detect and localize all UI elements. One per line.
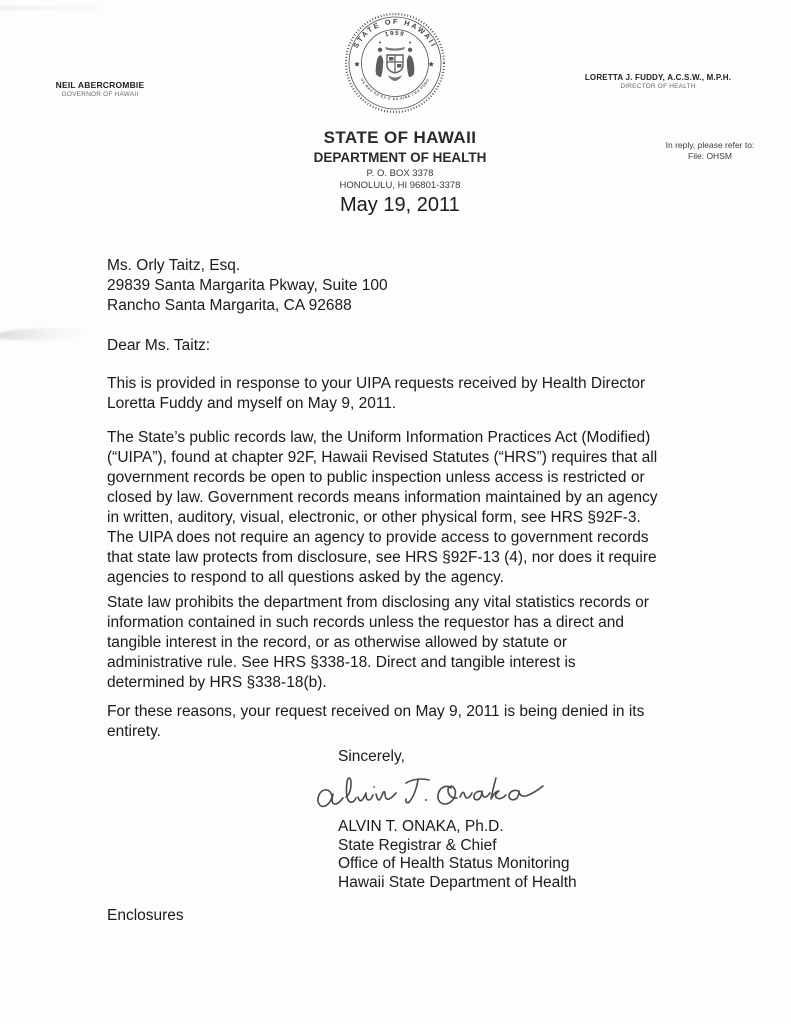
- org-dept: DEPARTMENT OF HEALTH: [290, 150, 510, 165]
- paragraph-3: State law prohibits the department from …: [107, 593, 707, 693]
- seal-year: 1959: [384, 30, 406, 39]
- svg-text:UA MAU KE EA O KA AINA I KA PO: UA MAU KE EA O KA AINA I KA PONO: [360, 78, 431, 101]
- paragraph-4: For these reasons, your request received…: [107, 702, 707, 742]
- seal-motto: UA MAU KE EA O KA AINA I KA PONO: [360, 78, 431, 101]
- org-address: P. O. BOX 3378 HONOLULU, HI 96801-3378: [290, 168, 510, 192]
- svg-text:STATE OF HAWAII: STATE OF HAWAII: [351, 17, 439, 50]
- letterhead-governor-block: NEIL ABERCROMBIE GOVERNOR OF HAWAII: [35, 80, 165, 98]
- letterhead-director-block: LORETTA J. FUDDY, A.C.S.W., M.P.H. DIREC…: [583, 73, 733, 90]
- scan-crease-top: [0, 6, 120, 10]
- director-title: DIRECTOR OF HEALTH: [583, 83, 733, 90]
- seal-star-left-icon: [354, 61, 359, 66]
- signer-block: ALVIN T. ONAKA, Ph.D. State Registrar & …: [338, 818, 577, 892]
- letter-date: May 19, 2011: [340, 194, 460, 217]
- closing-sincerely: Sincerely,: [338, 747, 405, 767]
- governor-name: NEIL ABERCROMBIE: [35, 80, 165, 90]
- hawaii-state-seal-icon: STATE OF HAWAII 1959: [343, 11, 447, 115]
- director-name: LORETTA J. FUDDY, A.C.S.W., M.P.H.: [583, 73, 733, 82]
- handwritten-signature: [310, 766, 550, 816]
- org-city: HONOLULU, HI 96801-3378: [290, 180, 510, 192]
- org-po-box: P. O. BOX 3378: [290, 168, 510, 180]
- recipient-address: Ms. Orly Taitz, Esq. 29839 Santa Margari…: [107, 256, 388, 316]
- scanned-letter-page: NEIL ABERCROMBIE GOVERNOR OF HAWAII LORE…: [0, 0, 791, 1024]
- svg-text:1959: 1959: [384, 30, 406, 39]
- governor-title: GOVERNOR OF HAWAII: [35, 91, 165, 98]
- paragraph-1: This is provided in response to your UIP…: [107, 374, 707, 414]
- scan-crease-left: [0, 326, 94, 341]
- enclosures-note: Enclosures: [107, 906, 184, 926]
- seal-star-right-icon: [429, 61, 434, 66]
- seal-coat-of-arms: [376, 47, 415, 81]
- letterhead-center-block: STATE OF HAWAII DEPARTMENT OF HEALTH P. …: [290, 128, 510, 192]
- paragraph-2: The State’s public records law, the Unif…: [107, 428, 707, 588]
- seal-year-dot-left: [379, 42, 381, 44]
- org-name: STATE OF HAWAII: [290, 128, 510, 148]
- reply-reference: In reply, please refer to: File: OHSM: [645, 140, 775, 162]
- salutation: Dear Ms. Taitz:: [107, 336, 210, 356]
- seal-ring-text: STATE OF HAWAII: [351, 17, 439, 50]
- seal-year-dot-right: [409, 42, 411, 44]
